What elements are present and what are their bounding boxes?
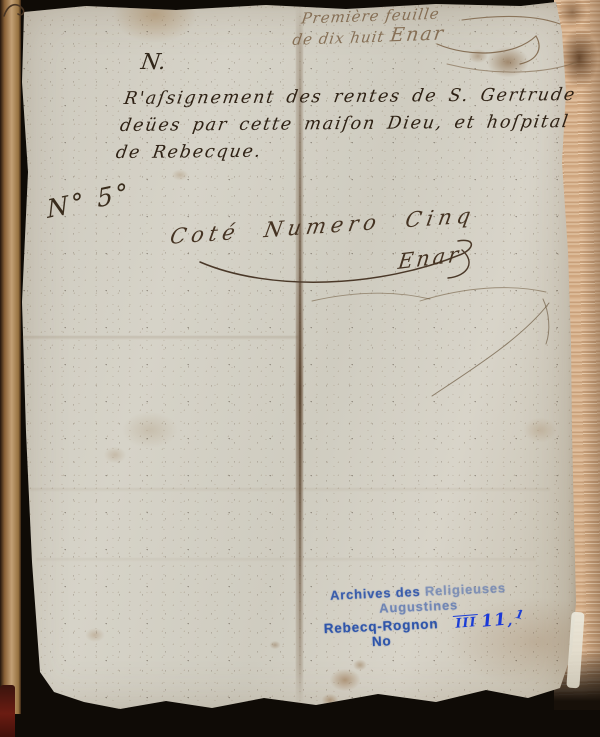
faint-long-arc [432, 303, 549, 396]
stamp-line3-text: Rebecq-Rognon No [314, 616, 448, 652]
top-note-flourish [462, 17, 560, 24]
title-line1: R'aſsignement des rentes de S. Gertrude [122, 82, 578, 113]
top-paraph-flourish [437, 36, 539, 64]
top-right-annotation: Première feuille de dix huit Enar [297, 3, 449, 49]
title-block: R'aſsignement des rentes de S. Gertrude … [114, 82, 578, 167]
heading-letter: N. [139, 50, 167, 75]
pen-number: 11 [481, 613, 508, 630]
faint-edge-arc [543, 299, 549, 344]
photo-of-archival-page: Première feuille de dix huit Enar N. R'a… [0, 0, 600, 737]
top-paraph-tail [447, 62, 577, 72]
archive-stamp: Archives des Religieuses Augustines Rebe… [313, 579, 526, 651]
pen-roman-numeral: III [453, 614, 479, 632]
pen-suffix: 1 [514, 607, 526, 623]
title-line2: deües par cette maiſon Dieu, et hoſpital [118, 109, 574, 140]
top-right-line2-text: de dix huit [291, 27, 391, 49]
faint-arc [420, 288, 546, 301]
faint-arc [312, 293, 430, 301]
top-right-paraph: Enar [389, 22, 447, 46]
corner-ink-mark [4, 5, 24, 16]
pen-comma: , [507, 614, 513, 629]
title-line3: de Rebecque. [114, 136, 570, 167]
